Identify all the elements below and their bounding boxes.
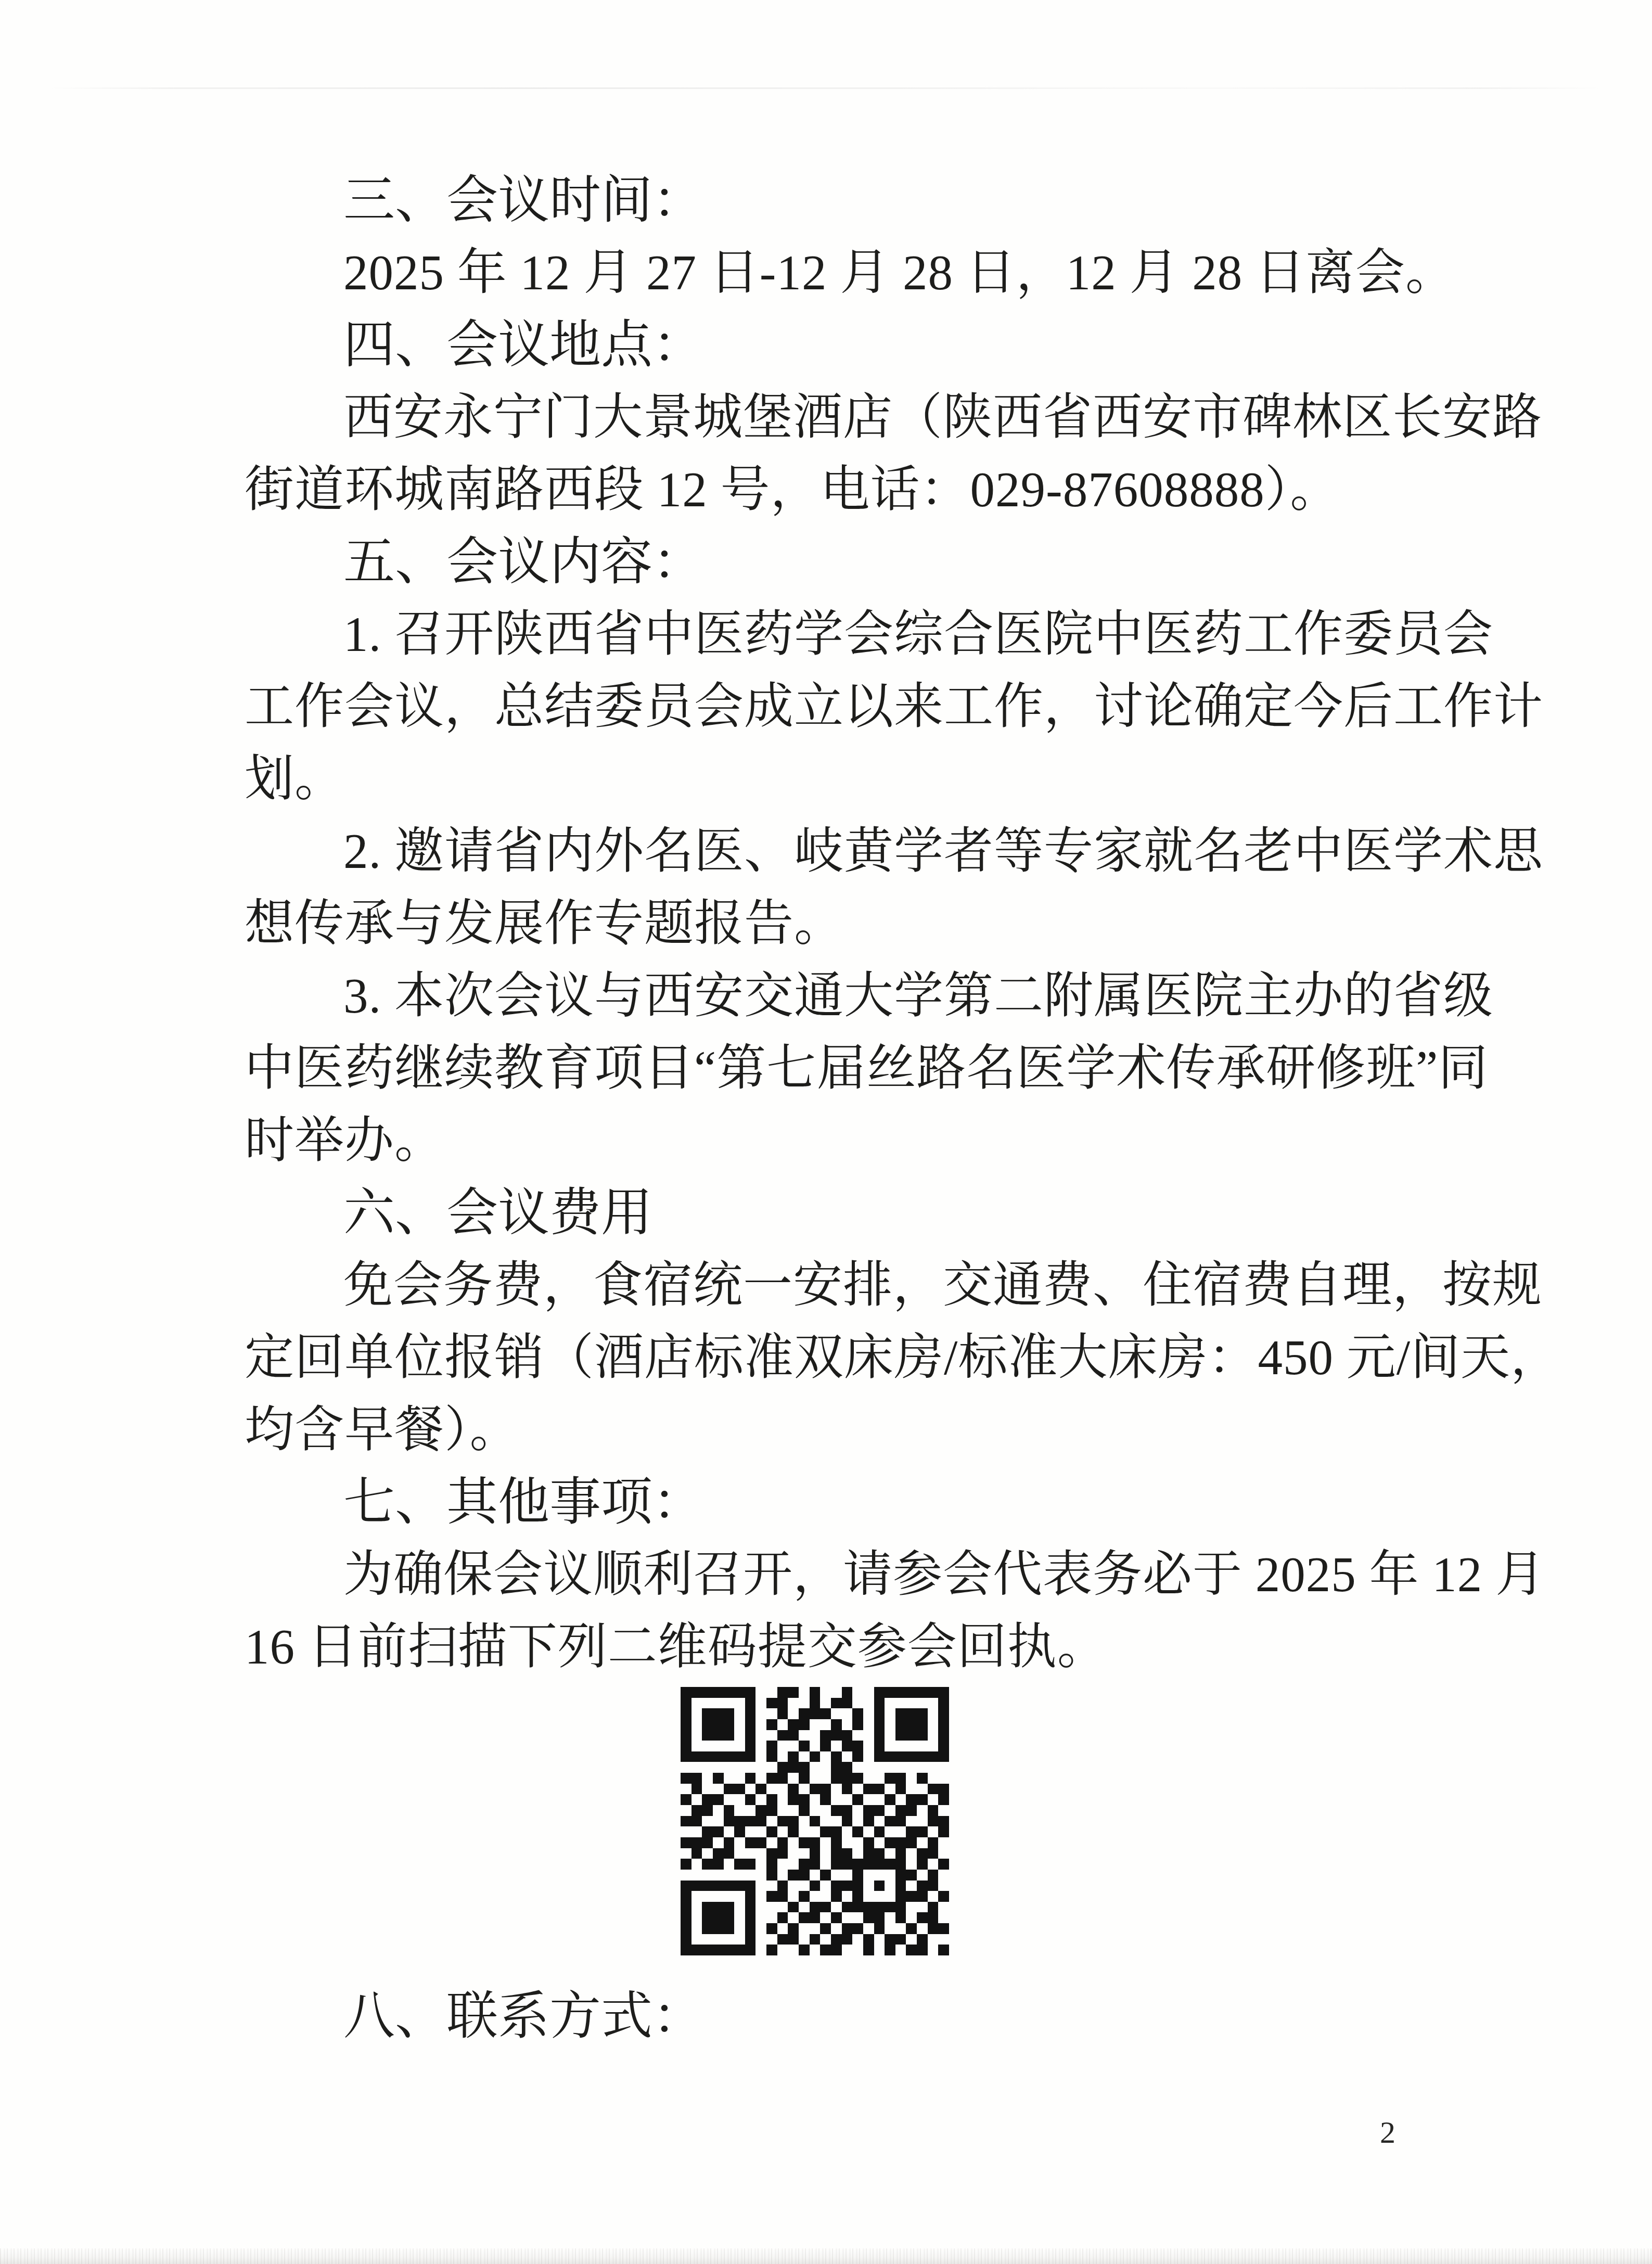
fees-text-line3: 均含早餐）。: [245, 1394, 1577, 1466]
section-heading-meeting-fees: 六、会议费用: [245, 1177, 1577, 1249]
section-heading-meeting-location: 四、会议地点：: [245, 309, 1577, 381]
content-item1-line2: 工作会议，总结委员会成立以来工作，讨论确定今后工作计: [245, 671, 1577, 743]
section-heading-meeting-content: 五、会议内容：: [245, 526, 1577, 598]
scan-artifact-bottom-edge: [0, 2248, 1652, 2264]
contact-section: 八、联系方式：: [245, 1980, 1577, 2053]
content-item2-line2: 想传承与发展作专题报告。: [245, 888, 1577, 960]
content-item1-line1: 1. 召开陕西省中医药学会综合医院中医药工作委员会: [245, 598, 1577, 671]
fees-text-line2: 定回单位报销（酒店标准双床房/标准大床房：450 元/间天，: [245, 1322, 1577, 1394]
other-matters-text-line2: 16 日前扫描下列二维码提交参会回执。: [245, 1611, 1577, 1683]
section-heading-contact-info: 八、联系方式：: [245, 1980, 1577, 2053]
fees-text-line1: 免会务费，食宿统一安排，交通费、住宿费自理，按规: [245, 1249, 1577, 1322]
content-item3-line1: 3. 本次会议与西安交通大学第二附属医院主办的省级: [245, 960, 1577, 1032]
meeting-time-text: 2025 年 12 月 27 日-12 月 28 日，12 月 28 日离会。: [245, 237, 1577, 309]
meeting-location-text-line1: 西安永宁门大景城堡酒店（陕西省西安市碑林区长安路: [245, 381, 1577, 454]
content-item2-line1: 2. 邀请省内外名医、岐黄学者等专家就名老中医学术思: [245, 815, 1577, 888]
content-item1-line3: 划。: [245, 743, 1577, 815]
scan-artifact-line: [47, 87, 1603, 89]
content-item3-line2: 中医药继续教育项目“第七届丝路名医学术传承研修班”同: [245, 1032, 1577, 1105]
other-matters-text-line1: 为确保会议顺利召开，请参会代表务必于 2025 年 12 月: [245, 1539, 1577, 1611]
section-heading-other-matters: 七、其他事项：: [245, 1466, 1577, 1539]
page-number: 2: [1380, 2117, 1395, 2148]
meeting-location-text-line2: 街道环城南路西段 12 号，电话：029-87608888）。: [245, 454, 1577, 526]
document-body: 三、会议时间： 2025 年 12 月 27 日-12 月 28 日，12 月 …: [245, 164, 1577, 1683]
registration-qr-code: [681, 1686, 949, 1956]
scanned-document-page: 三、会议时间： 2025 年 12 月 27 日-12 月 28 日，12 月 …: [0, 0, 1652, 2264]
qr-code-pattern: [681, 1686, 949, 1956]
section-heading-meeting-time: 三、会议时间：: [245, 164, 1577, 237]
content-item3-line3: 时举办。: [245, 1105, 1577, 1177]
